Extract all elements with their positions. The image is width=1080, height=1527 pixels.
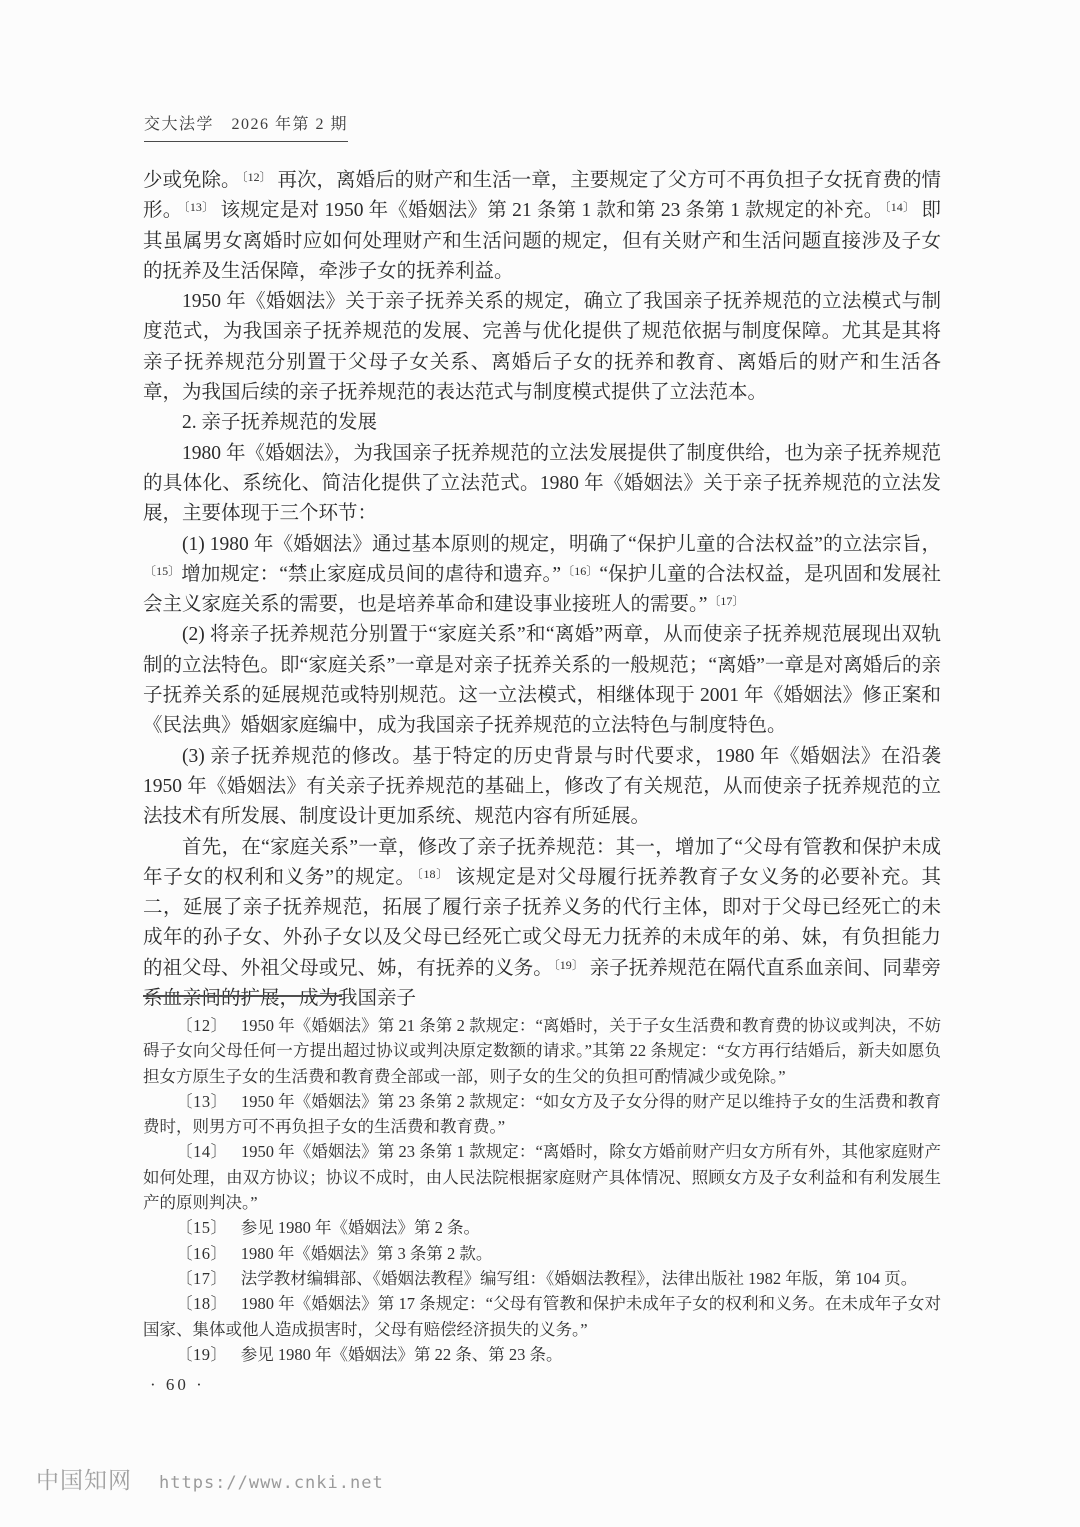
- footnote-separator: [143, 995, 342, 997]
- footnote-item: 〔19〕参见 1980 年《婚姻法》第 22 条、第 23 条。: [143, 1342, 941, 1367]
- body-paragraph: 1950 年《婚姻法》关于亲子抚养关系的规定，确立了我国亲子抚养规范的立法模式与…: [143, 287, 941, 408]
- journal-running-head: 交大法学 2026 年第 2 期: [144, 111, 348, 142]
- footnote-ref: 〔14〕: [884, 200, 915, 214]
- body-paragraph: (2) 将亲子抚养规范分别置于“家庭关系”和“离婚”两章，从而使亲子抚养规范展现…: [143, 620, 941, 741]
- body-paragraph: 少或免除。〔12〕 再次，离婚后的财产和生活一章，主要规定了父方可不再负担子女抚…: [143, 166, 941, 287]
- footnote-marker: 〔13〕: [176, 1092, 228, 1111]
- footnote-item: 〔12〕1950 年《婚姻法》第 21 条第 2 款规定：“离婚时，关于子女生活…: [143, 1013, 941, 1089]
- footnote-marker: 〔14〕: [176, 1142, 228, 1161]
- article-body: 少或免除。〔12〕 再次，离婚后的财产和生活一章，主要规定了父方可不再负担子女抚…: [143, 166, 941, 1014]
- footnote-ref: 〔19〕: [554, 958, 584, 972]
- footnote-marker: 〔16〕: [176, 1244, 228, 1263]
- footnote-ref: 〔13〕: [184, 200, 215, 214]
- footnote-marker: 〔19〕: [176, 1345, 228, 1364]
- footnote-item: 〔18〕1980 年《婚姻法》第 17 条规定：“父母有管教和保护未成年子女的权…: [143, 1291, 941, 1342]
- footnote-marker: 〔15〕: [176, 1218, 228, 1237]
- cnki-watermark-url: https://www.cnki.net: [159, 1473, 384, 1493]
- footnote-marker: 〔18〕: [176, 1294, 228, 1313]
- footnote-ref: 〔18〕: [417, 867, 449, 881]
- footnote-ref: 〔15〕: [144, 564, 180, 578]
- footnotes-list: 〔12〕1950 年《婚姻法》第 21 条第 2 款规定：“离婚时，关于子女生活…: [143, 1013, 941, 1367]
- footnote-item: 〔17〕法学教材编辑部、《婚姻法教程》编写组：《婚姻法教程》，法律出版社 198…: [143, 1266, 941, 1291]
- footnote-item: 〔16〕1980 年《婚姻法》第 3 条第 2 款。: [143, 1241, 941, 1266]
- journal-title-issue: 交大法学 2026 年第 2 期: [144, 116, 348, 133]
- footnote-marker: 〔12〕: [176, 1016, 228, 1035]
- body-paragraph: 1980 年《婚姻法》，为我国亲子抚养规范的立法发展提供了制度供给，也为亲子抚养…: [143, 439, 941, 530]
- document-page: 交大法学 2026 年第 2 期 少或免除。〔12〕 再次，离婚后的财产和生活一…: [0, 0, 1080, 1527]
- page-number: · 60 ·: [150, 1375, 205, 1395]
- cnki-watermark-logo: 中国知网: [36, 1462, 132, 1495]
- footnote-ref: 〔16〕: [562, 564, 598, 578]
- body-paragraph: (1) 1980 年《婚姻法》通过基本原则的规定，明确了“保护儿童的合法权益”的…: [143, 530, 941, 621]
- footnote-marker: 〔17〕: [176, 1269, 228, 1288]
- footnote-ref: 〔17〕: [708, 594, 744, 608]
- section-heading: 2. 亲子抚养规范的发展: [143, 408, 941, 438]
- footnote-item: 〔15〕参见 1980 年《婚姻法》第 2 条。: [143, 1215, 941, 1240]
- watermark: 中国知网 https://www.cnki.net: [36, 1462, 384, 1495]
- footnote-ref: 〔12〕: [242, 170, 272, 184]
- body-paragraph: 首先，在“家庭关系”一章，修改了亲子抚养规范：其一，增加了“父母有管教和保护未成…: [143, 833, 941, 1015]
- footnote-item: 〔13〕1950 年《婚姻法》第 23 条第 2 款规定：“如女方及子女分得的财…: [143, 1089, 941, 1140]
- footnote-item: 〔14〕1950 年《婚姻法》第 23 条第 1 款规定：“离婚时，除女方婚前财…: [143, 1139, 941, 1215]
- body-paragraph: (3) 亲子抚养规范的修改。基于特定的历史背景与时代要求，1980 年《婚姻法》…: [143, 742, 941, 833]
